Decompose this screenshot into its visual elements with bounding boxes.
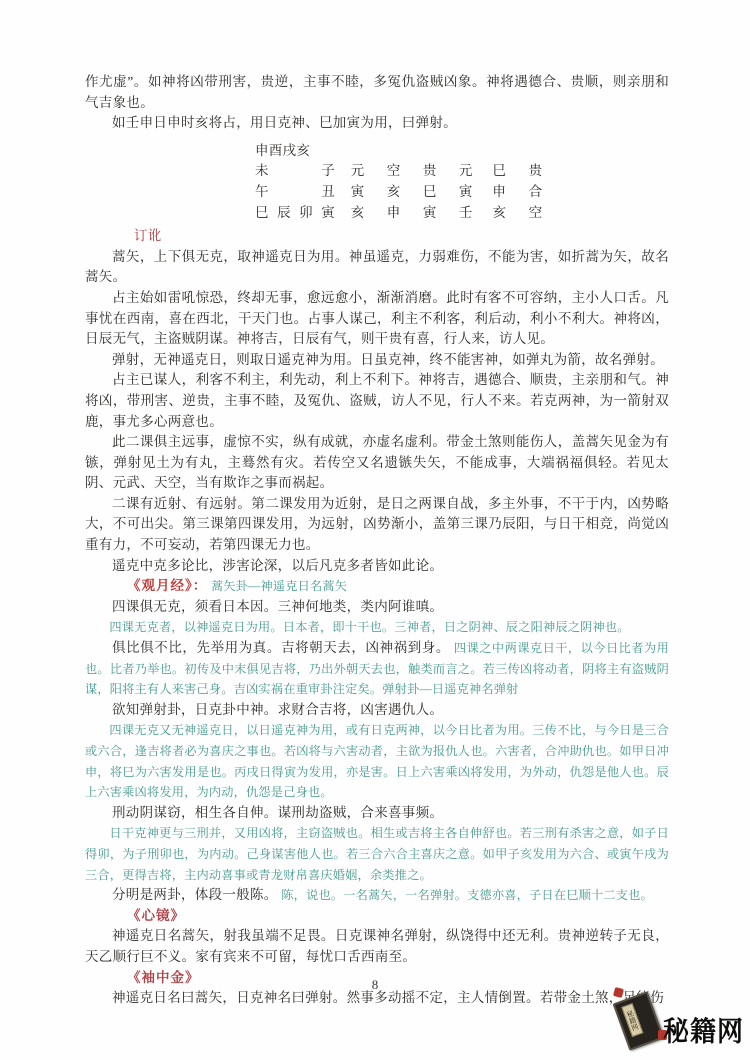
verse-paragraph: 刑动阴谋窃，相生各自伸。谋刑劫盗贼，合来喜事频。 xyxy=(85,803,669,824)
guanyuejing-title: 《观月经》： xyxy=(127,578,207,593)
dinge-paragraph: 占主已谋人，利客不利主，利先动，利上不利下。神将吉，遇德合、顺贵，主亲朋和气。神… xyxy=(85,370,669,432)
document-page: 作尤虚”。如神将凶带刑害，贵逆，主事不睦，多冤仇盗贼凶象。神将遇德合、贵顺，则亲… xyxy=(0,0,750,1060)
chart-row: 未 子 元 空 贵 元 巳 贵 xyxy=(255,161,669,182)
verse-with-note-paragraph: 俱比俱不比，先举用为真。吉将朝天去，凶神祸到身。 四课之中两课克日干，以今日比者… xyxy=(85,638,669,700)
watermark-site-name: 秘籍网 xyxy=(663,1010,744,1049)
liuren-chart: 申酉戌亥 未 子 元 空 贵 元 巳 贵 午 丑 寅 亥 巳 寅 申 合 巳辰卯… xyxy=(255,141,669,223)
chart-row: 午 丑 寅 亥 巳 寅 申 合 xyxy=(255,182,669,203)
chart-row: 巳辰卯寅 亥 申 寅 壬 亥 空 xyxy=(255,203,669,224)
xinjing-paragraph: 神遥克日名蒿矢，射我虽端不足畏。日克课神名弹射，纵饶得中还无利。贵神逆转子无良，… xyxy=(85,926,669,967)
dinge-paragraph: 蒿矢，上下俱无克，取神遥克日为用。神虽遥克，力弱难伤，不能为害，如折蒿为矢，故名… xyxy=(85,247,669,288)
annotation-inline: 陈，说也。一名蒿矢，一名弹射。支德亦喜，子日在巳顺十二支也。 xyxy=(281,888,653,902)
chart-cell-mid: 元 空 贵 元 xyxy=(351,161,473,182)
dinge-paragraph: 遥克中克多论比，涉害论深，以后凡克多者皆如此论。 xyxy=(85,556,669,577)
section-heading-guanyuejing: 《观月经》： 蒿矢卦—神遥克日名蒿矢 xyxy=(85,576,669,597)
chart-cell-right: 申 合 xyxy=(492,182,542,203)
chart-cell-mid: 亥 申 寅 壬 xyxy=(351,203,473,224)
text-block: 作尤虚”。如神将凶带刑害，贵逆，主事不睦，多冤仇盗贼凶象。神将遇德合、贵顺，则亲… xyxy=(85,72,669,1009)
annotation-paragraph: 日干克神更与三刑并，又用凶将，主窃盗贼也。相生或吉将主各自伸舒也。若三刑有杀害之… xyxy=(85,823,669,885)
dinge-paragraph: 占主始如雷吼惊恐，终却无事，愈远愈小，渐渐消磨。此时有客不可容纳，主小人口舌。凡… xyxy=(85,288,669,350)
verse-paragraph: 欲知弹射卦，日克卦中神。求财合吉将，凶害遇仇人。 xyxy=(85,700,669,721)
verse-with-note-paragraph: 分明是两卦，体段一般陈。 陈，说也。一名蒿矢，一名弹射。支德亦喜，子日在巳顺十二… xyxy=(85,885,669,906)
seal-icon xyxy=(613,987,624,998)
verse-text: 俱比俱不比，先举用为真。吉将朝天去，凶神祸到身。 xyxy=(112,640,450,655)
section-heading-xinjing: 《心镜》 xyxy=(85,906,669,927)
book-label: 秘籍网 xyxy=(621,1003,643,1037)
dinge-paragraph: 二课有近射、有远射。第二课发用为近射，是日之两课自战，多主外事，不干于内，凶势略… xyxy=(85,494,669,556)
dinge-paragraph: 此二课俱主远事，虚惊不实，纵有成就，亦虚名虚利。带金土煞则能伤人，盖蒿矢见金为有… xyxy=(85,432,669,494)
intro-example-paragraph: 如壬申日申时亥将占，用日克神、巳加寅为用，曰弹射。 xyxy=(85,113,669,134)
guanyuejing-subtitle: 蒿矢卦—神遥克日名蒿矢 xyxy=(211,579,347,593)
dinge-paragraph: 弹射，无神遥克日，则取日遥克神为用。日虽克神，终不能害神，如弹丸为箭，故名弹射。 xyxy=(85,350,669,371)
verse-text: 分明是两卦，体段一般陈。 xyxy=(112,887,278,902)
intro-continuation-paragraph: 作尤虚”。如神将凶带刑害，贵逆，主事不睦，多冤仇盗贼凶象。神将遇德合、贵顺，则亲… xyxy=(85,72,669,113)
annotation-paragraph: 四课无克者，以神遥克日为用。日本者，即十干也。三神者，日之阴神、辰之阳神辰之阴神… xyxy=(85,617,669,638)
book-icon: 秘籍网 xyxy=(613,991,665,1051)
section-heading-dinge: 订讹 xyxy=(85,226,669,247)
annotation-paragraph: 四课无克又无神遥克日，以日遥克神为用，或有日克两神，以今日比者为用。三传不比，与… xyxy=(85,720,669,802)
chart-cell-left: 午 丑 xyxy=(255,182,335,203)
chart-cell-mid: 寅 亥 巳 寅 xyxy=(351,182,473,203)
chart-header-row: 申酉戌亥 xyxy=(255,141,669,162)
chart-cell-left: 未 子 xyxy=(255,161,335,182)
chart-cell-right: 亥 空 xyxy=(492,203,542,224)
verse-paragraph: 四课俱无克，须看日本因。三神何地类，类内阿谁嗔。 xyxy=(85,597,669,618)
chart-cell-right: 巳 贵 xyxy=(492,161,542,182)
chart-cell-left: 巳辰卯寅 xyxy=(255,203,335,224)
watermark: 秘籍网 秘籍网 xyxy=(598,990,744,1054)
